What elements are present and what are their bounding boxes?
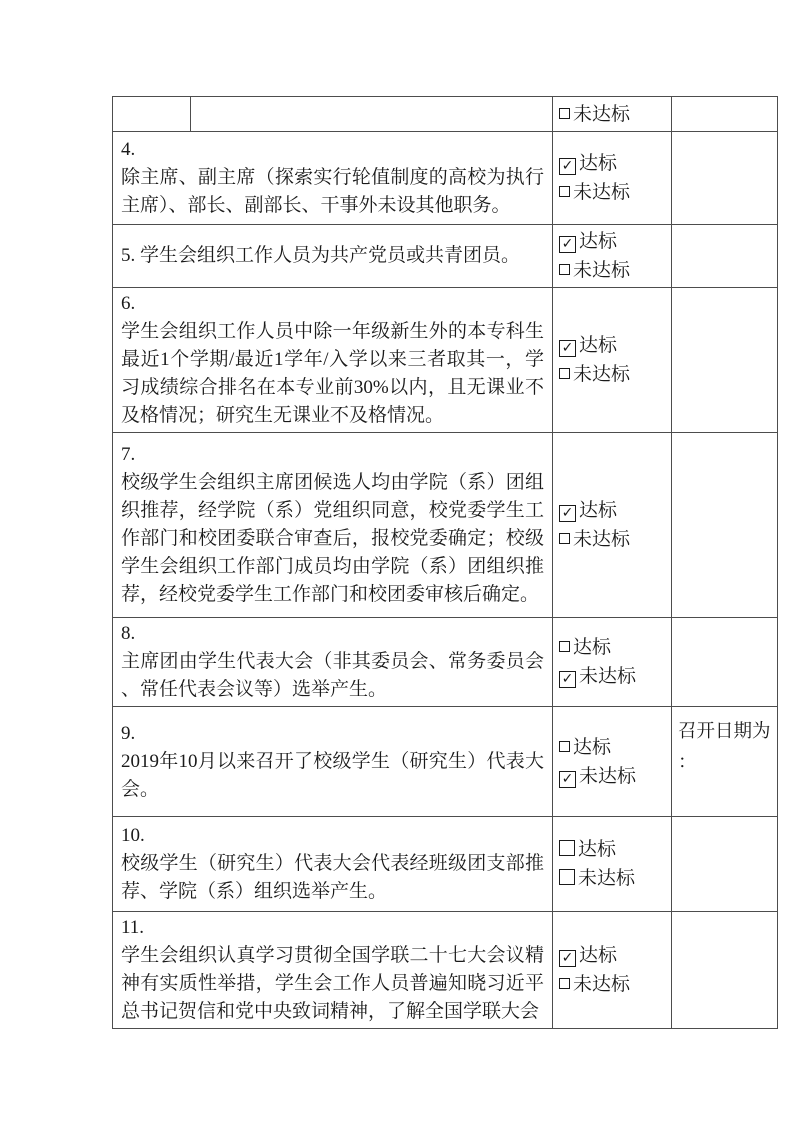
note-cell (672, 433, 778, 618)
note-cell (672, 817, 778, 912)
table-row: 5. 学生会组织工作人员为共产党员或共青团员。 ✓达标 未达标 (113, 225, 778, 288)
criterion-cell: 9. 2019年10月以来召开了校级学生（研究生）代表大会。 (113, 707, 553, 817)
option-label: 未达标 (573, 529, 630, 550)
criterion-text: 学生会组织认真学习贯彻全国学联二十七大会议精神有实质性举措，学生会工作人员普遍知… (121, 942, 544, 1026)
option-label: 达标 (579, 945, 617, 966)
checkbox-icon[interactable]: ✓ (559, 158, 576, 175)
criterion-cell: 4. 除主席、副主席（探索实行轮值制度的高校为执行主席）、部长、副部长、干事外未… (113, 132, 553, 225)
checkbox-icon[interactable]: ✓ (559, 771, 576, 788)
item-number: 11. (121, 914, 544, 942)
status-cell: 达标 ✓未达标 (553, 707, 672, 817)
checkbox-icon[interactable]: ✓ (559, 236, 576, 253)
checkbox-icon[interactable] (559, 533, 570, 544)
criterion-cell: 5. 学生会组织工作人员为共产党员或共青团员。 (113, 225, 553, 288)
status-cell: ✓达标 未达标 (553, 433, 672, 618)
criterion-text: 校级学生会组织主席团候选人均由学院（系）团组织推荐，经学院（系）党组织同意，校党… (121, 469, 544, 609)
option-label: 未达标 (579, 666, 636, 687)
note-cell (672, 618, 778, 707)
criterion-cell (191, 97, 553, 132)
option-weidabiao: 未达标 (559, 256, 665, 285)
item-number: 7. (121, 441, 544, 469)
note-cell (672, 912, 778, 1029)
option-weidabiao: ✓未达标 (559, 662, 665, 691)
status-cell: 达标 ✓未达标 (553, 618, 672, 707)
status-cell: ✓达标 未达标 (553, 225, 672, 288)
checkbox-icon[interactable]: ✓ (559, 950, 576, 967)
option-label: 达标 (579, 153, 617, 174)
option-label: 达标 (573, 637, 611, 658)
table-row: 10. 校级学生（研究生）代表大会代表经班级团支部推荐、学院（系）组织选举产生。… (113, 817, 778, 912)
option-label: 未达标 (578, 868, 635, 889)
option-weidabiao: 未达标 (559, 525, 665, 554)
criterion-text: 主席团由学生代表大会（非其委员会、常务委员会、常任代表会议等）选举产生。 (121, 648, 544, 704)
option-dabiao: ✓达标 (559, 496, 665, 525)
table-row: 7. 校级学生会组织主席团候选人均由学院（系）团组织推荐，经学院（系）党组织同意… (113, 433, 778, 618)
empty-cell (113, 97, 191, 132)
criterion-text: 学生会组织工作人员中除一年级新生外的本专科生最近1个学期/最近1学年/入学以来三… (121, 318, 544, 430)
checkbox-icon[interactable] (559, 264, 570, 275)
status-cell: 未达标 (553, 97, 672, 132)
checkbox-icon[interactable] (559, 641, 570, 652)
note-cell: 召开日期为 ： (672, 707, 778, 817)
option-dabiao: ✓达标 (559, 149, 665, 178)
checkbox-icon[interactable] (559, 368, 570, 379)
status-cell: ✓达标 未达标 (553, 288, 672, 433)
option-label: 未达标 (573, 364, 630, 385)
checkbox-icon[interactable]: ✓ (559, 340, 576, 357)
status-cell: ✓达标 未达标 (553, 132, 672, 225)
checkbox-icon[interactable] (559, 840, 575, 856)
note-line: ： (678, 748, 772, 779)
checkbox-icon[interactable] (559, 978, 570, 989)
option-dabiao: ✓达标 (559, 227, 665, 256)
criterion-text: 除主席、副主席（探索实行轮值制度的高校为执行主席）、部长、副部长、干事外未设其他… (121, 164, 544, 220)
checkbox-icon[interactable] (559, 869, 575, 885)
option-dabiao: 达标 (559, 835, 665, 864)
table-row: 11. 学生会组织认真学习贯彻全国学联二十七大会议精神有实质性举措，学生会工作人… (113, 912, 778, 1029)
criterion-cell: 11. 学生会组织认真学习贯彻全国学联二十七大会议精神有实质性举措，学生会工作人… (113, 912, 553, 1029)
item-number: 6. (121, 290, 544, 318)
criterion-cell: 6. 学生会组织工作人员中除一年级新生外的本专科生最近1个学期/最近1学年/入学… (113, 288, 553, 433)
table-row: 8. 主席团由学生代表大会（非其委员会、常务委员会、常任代表会议等）选举产生。 … (113, 618, 778, 707)
option-dabiao: ✓达标 (559, 941, 665, 970)
status-cell: ✓达标 未达标 (553, 912, 672, 1029)
criterion-text: 2019年10月以来召开了校级学生（研究生）代表大会。 (121, 748, 544, 804)
option-label: 未达标 (573, 104, 630, 125)
option-dabiao: 达标 (559, 633, 665, 662)
table-row: 未达标 (113, 97, 778, 132)
option-label: 达标 (578, 839, 616, 860)
option-weidabiao: 未达标 (559, 360, 665, 389)
item-number: 9. (121, 720, 544, 748)
option-label: 未达标 (573, 260, 630, 281)
checkbox-icon[interactable] (559, 108, 570, 119)
option-label: 未达标 (573, 974, 630, 995)
table-row: 6. 学生会组织工作人员中除一年级新生外的本专科生最近1个学期/最近1学年/入学… (113, 288, 778, 433)
checkbox-icon[interactable] (559, 186, 570, 197)
option-label: 达标 (579, 335, 617, 356)
criterion-text: 校级学生（研究生）代表大会代表经班级团支部推荐、学院（系）组织选举产生。 (121, 850, 544, 906)
option-dabiao: 达标 (559, 733, 665, 762)
table-row: 9. 2019年10月以来召开了校级学生（研究生）代表大会。 达标 ✓未达标 召… (113, 707, 778, 817)
criterion-cell: 10. 校级学生（研究生）代表大会代表经班级团支部推荐、学院（系）组织选举产生。 (113, 817, 553, 912)
evaluation-table: 未达标 4. 除主席、副主席（探索实行轮值制度的高校为执行主席）、部长、副部长、… (112, 96, 778, 1029)
table-row: 4. 除主席、副主席（探索实行轮值制度的高校为执行主席）、部长、副部长、干事外未… (113, 132, 778, 225)
option-dabiao: ✓达标 (559, 331, 665, 360)
criterion-cell: 7. 校级学生会组织主席团候选人均由学院（系）团组织推荐，经学院（系）党组织同意… (113, 433, 553, 618)
note-cell (672, 97, 778, 132)
option-label: 达标 (579, 231, 617, 252)
option-label: 未达标 (573, 182, 630, 203)
note-cell (672, 132, 778, 225)
option-label: 达标 (579, 500, 617, 521)
option-label: 达标 (573, 737, 611, 758)
criterion-cell: 8. 主席团由学生代表大会（非其委员会、常务委员会、常任代表会议等）选举产生。 (113, 618, 553, 707)
option-weidabiao: 未达标 (559, 100, 665, 129)
document-page: 未达标 4. 除主席、副主席（探索实行轮值制度的高校为执行主席）、部长、副部长、… (0, 0, 800, 1131)
option-weidabiao: 未达标 (559, 178, 665, 207)
status-cell: 达标 未达标 (553, 817, 672, 912)
option-label: 未达标 (579, 766, 636, 787)
option-weidabiao: ✓未达标 (559, 762, 665, 791)
checkbox-icon[interactable]: ✓ (559, 505, 576, 522)
note-line: 召开日期为 (678, 717, 772, 748)
item-number: 4. (121, 136, 544, 164)
checkbox-icon[interactable]: ✓ (559, 671, 576, 688)
note-cell (672, 288, 778, 433)
item-number: 10. (121, 822, 544, 850)
note-cell (672, 225, 778, 288)
option-weidabiao: 未达标 (559, 864, 665, 893)
checkbox-icon[interactable] (559, 741, 570, 752)
item-number: 8. (121, 620, 544, 648)
option-weidabiao: 未达标 (559, 970, 665, 999)
criterion-text: 5. 学生会组织工作人员为共产党员或共青团员。 (121, 242, 544, 270)
